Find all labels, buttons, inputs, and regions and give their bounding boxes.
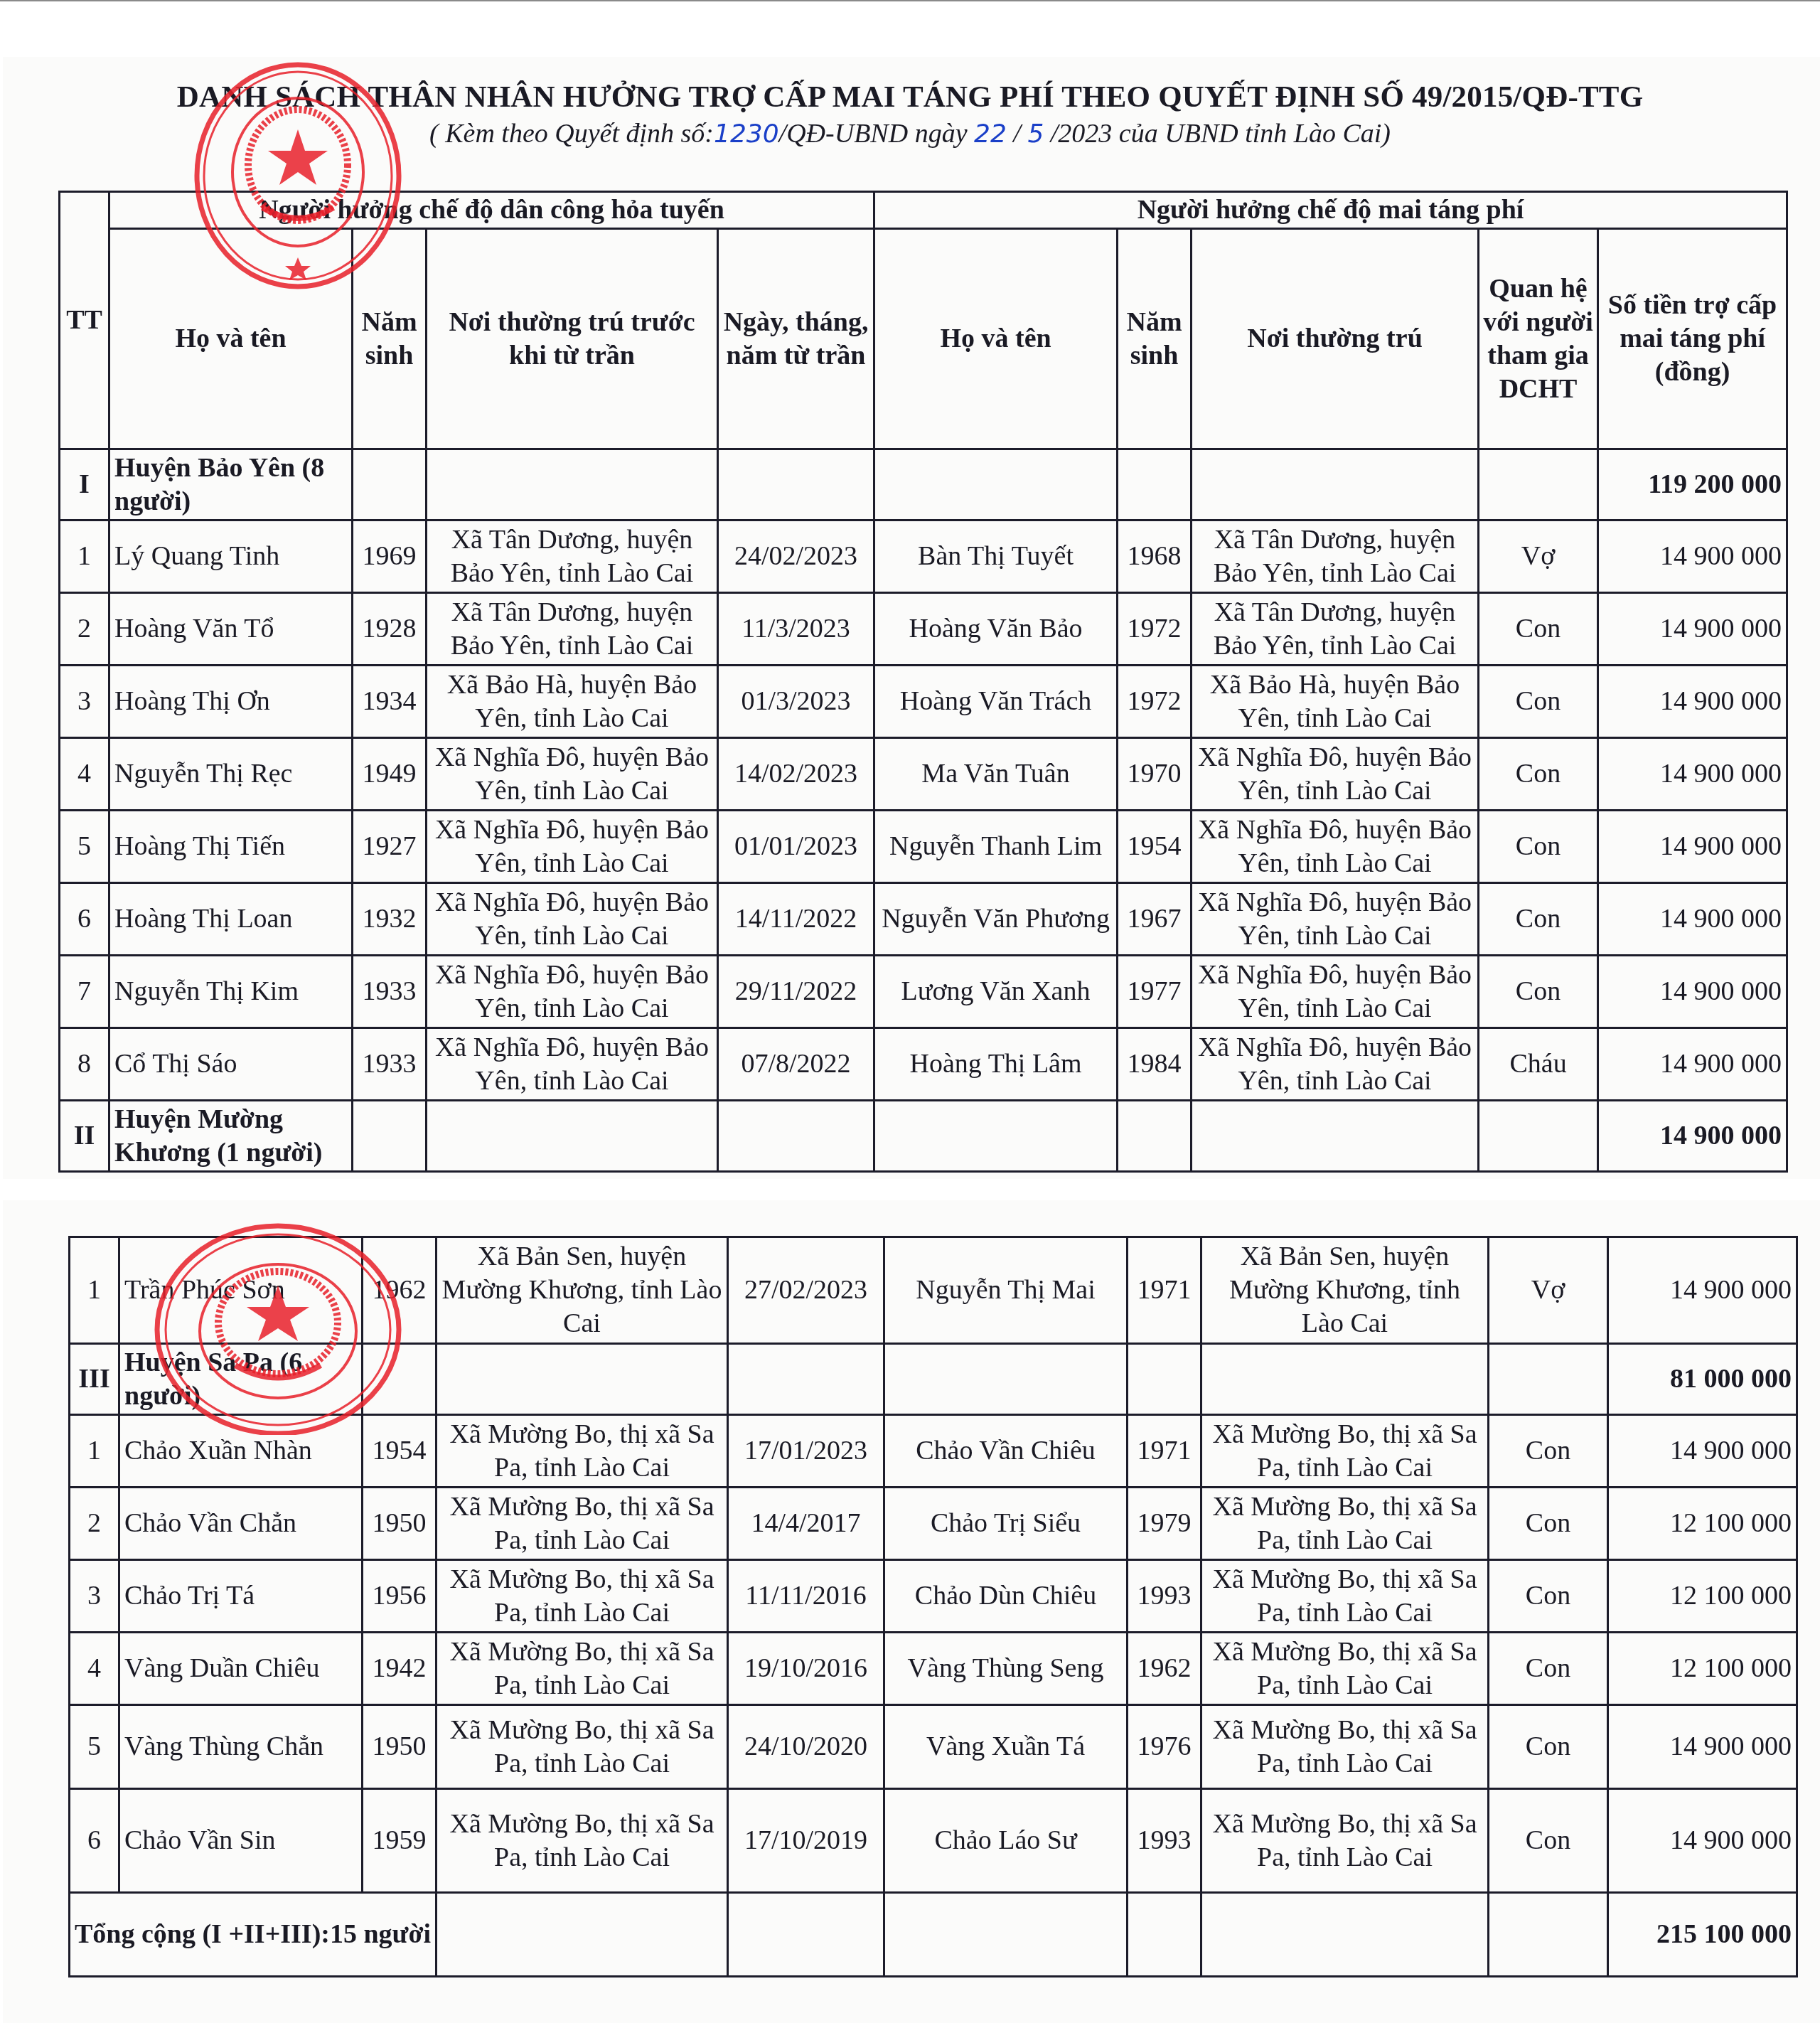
recipient-birth-year: 1972 — [1118, 666, 1192, 738]
deceased-residence: Xã Mường Bo, thị xã Sa Pa, tỉnh Lào Cai — [437, 1488, 728, 1560]
deceased-name: Hoàng Thị Loan — [109, 883, 353, 956]
recipient-birth-year: 1993 — [1128, 1560, 1201, 1633]
table-row: 6Chảo Vần Sin1959Xã Mường Bo, thị xã Sa … — [70, 1789, 1797, 1893]
row-number: 1 — [70, 1415, 119, 1488]
recipient-residence: Xã Nghĩa Đô, huyện Bảo Yên, tỉnh Lào Cai — [1192, 811, 1479, 883]
col-recipient-residence-header: Nơi thường trú — [1192, 229, 1479, 449]
amount: 14 900 000 — [1608, 1705, 1797, 1789]
row-number: 2 — [60, 593, 109, 666]
death-date: 11/3/2023 — [718, 593, 874, 666]
row-number: 1 — [70, 1237, 119, 1344]
recipient-name: Nguyễn Thị Mai — [884, 1237, 1128, 1344]
subtitle-prefix: ( Kèm theo Quyết định số: — [429, 119, 714, 149]
recipient-birth-year: 1993 — [1128, 1789, 1201, 1893]
recipient-residence: Xã Bản Sen, huyện Mường Khương, tỉnh Lào… — [1201, 1237, 1489, 1344]
row-number: 3 — [60, 666, 109, 738]
deceased-name: Chảo Trị Tá — [119, 1560, 363, 1633]
empty-cell — [874, 449, 1118, 521]
amount: 14 900 000 — [1608, 1415, 1797, 1488]
deceased-birth-year: 1934 — [353, 666, 427, 738]
relationship: Vợ — [1479, 521, 1598, 593]
row-number: 1 — [60, 521, 109, 593]
grand-total-amount: 215 100 000 — [1608, 1893, 1797, 1977]
deceased-residence: Xã Tân Dương, huyện Bảo Yên, tỉnh Lào Ca… — [427, 521, 718, 593]
amount: 14 900 000 — [1598, 811, 1787, 883]
empty-cell — [1479, 1101, 1598, 1172]
col-deceased-birth-header: Năm sinh — [353, 229, 427, 449]
table-row: 5Hoàng Thị Tiến1927Xã Nghĩa Đô, huyện Bả… — [60, 811, 1787, 883]
death-date: 07/8/2022 — [718, 1028, 874, 1101]
recipient-residence: Xã Nghĩa Đô, huyện Bảo Yên, tỉnh Lào Cai — [1192, 883, 1479, 956]
section-subtotal: 14 900 000 — [1598, 1101, 1787, 1172]
deceased-name: Chảo Vần Chẳn — [119, 1488, 363, 1560]
recipient-residence: Xã Mường Bo, thị xã Sa Pa, tỉnh Lào Cai — [1201, 1705, 1489, 1789]
deceased-name: Nguyễn Thị Rẹc — [109, 738, 353, 811]
section-name: Huyện Mường Khương (1 người) — [109, 1101, 353, 1172]
death-date: 01/3/2023 — [718, 666, 874, 738]
empty-cell — [728, 1893, 884, 1977]
table-row: 7Nguyễn Thị Kim1933Xã Nghĩa Đô, huyện Bả… — [60, 956, 1787, 1028]
relationship: Con — [1479, 666, 1598, 738]
document-subtitle: ( Kèm theo Quyết định số:1230/QĐ-UBND ng… — [0, 118, 1820, 149]
col-tt-header: TT — [60, 192, 109, 449]
empty-cell — [728, 1344, 884, 1415]
empty-cell — [1489, 1344, 1608, 1415]
recipient-residence: Xã Nghĩa Đô, huyện Bảo Yên, tỉnh Lào Cai — [1192, 738, 1479, 811]
relationship: Con — [1479, 811, 1598, 883]
death-date: 19/10/2016 — [728, 1633, 884, 1705]
recipient-birth-year: 1977 — [1118, 956, 1192, 1028]
empty-cell — [884, 1344, 1128, 1415]
section-number: I — [60, 449, 109, 521]
death-date: 11/11/2016 — [728, 1560, 884, 1633]
deceased-birth-year: 1932 — [353, 883, 427, 956]
empty-cell — [1128, 1344, 1201, 1415]
recipient-name: Bàn Thị Tuyết — [874, 521, 1118, 593]
col-deceased-name-header: Họ và tên — [109, 229, 353, 449]
empty-cell — [1192, 449, 1479, 521]
recipient-birth-year: 1962 — [1128, 1633, 1201, 1705]
decision-month: 5 — [1027, 119, 1044, 149]
deceased-residence: Xã Nghĩa Đô, huyện Bảo Yên, tỉnh Lào Cai — [427, 883, 718, 956]
death-date: 14/02/2023 — [718, 738, 874, 811]
deceased-name: Trần Phúc Sơn — [119, 1237, 363, 1344]
recipient-name: Vàng Xuần Tá — [884, 1705, 1128, 1789]
relationship: Con — [1479, 593, 1598, 666]
deceased-residence: Xã Nghĩa Đô, huyện Bảo Yên, tỉnh Lào Cai — [427, 1028, 718, 1101]
table-row: 1Lý Quang Tinh1969Xã Tân Dương, huyện Bả… — [60, 521, 1787, 593]
empty-cell — [437, 1893, 728, 1977]
month-separator: / — [1007, 119, 1028, 149]
amount: 14 900 000 — [1598, 956, 1787, 1028]
death-date: 29/11/2022 — [718, 956, 874, 1028]
amount: 12 100 000 — [1608, 1560, 1797, 1633]
beneficiary-table-part-1: TT Người hưởng chế độ dân công hỏa tuyến… — [58, 191, 1788, 1173]
row-number: 5 — [70, 1705, 119, 1789]
col-deceased-residence-header: Nơi thường trú trước khi từ trần — [427, 229, 718, 449]
section-row: IIIHuyện Sa Pa (6 người)81 000 000 — [70, 1344, 1797, 1415]
recipient-birth-year: 1972 — [1118, 593, 1192, 666]
empty-cell — [884, 1893, 1128, 1977]
row-number: 4 — [70, 1633, 119, 1705]
deceased-birth-year: 1969 — [353, 521, 427, 593]
recipient-residence: Xã Tân Dương, huyện Bảo Yên, tỉnh Lào Ca… — [1192, 521, 1479, 593]
empty-cell — [1128, 1893, 1201, 1977]
amount: 14 900 000 — [1598, 883, 1787, 956]
empty-cell — [353, 1101, 427, 1172]
table-row: 5Vàng Thùng Chẳn1950Xã Mường Bo, thị xã … — [70, 1705, 1797, 1789]
death-date: 24/10/2020 — [728, 1705, 884, 1789]
deceased-name: Vàng Thùng Chẳn — [119, 1705, 363, 1789]
table-row: 2Hoàng Văn Tổ1928Xã Tân Dương, huyện Bảo… — [60, 593, 1787, 666]
relationship: Con — [1489, 1560, 1608, 1633]
empty-cell — [874, 1101, 1118, 1172]
deceased-birth-year: 1959 — [363, 1789, 437, 1893]
relationship: Vợ — [1489, 1237, 1608, 1344]
amount: 14 900 000 — [1598, 593, 1787, 666]
deceased-birth-year: 1949 — [353, 738, 427, 811]
table-row: 2Chảo Vần Chẳn1950Xã Mường Bo, thị xã Sa… — [70, 1488, 1797, 1560]
empty-cell — [353, 449, 427, 521]
deceased-residence: Xã Nghĩa Đô, huyện Bảo Yên, tỉnh Lào Cai — [427, 956, 718, 1028]
recipient-residence: Xã Mường Bo, thị xã Sa Pa, tỉnh Lào Cai — [1201, 1789, 1489, 1893]
empty-cell — [427, 449, 718, 521]
beneficiary-table-part-2: 1Trần Phúc Sơn1962Xã Bản Sen, huyện Mườn… — [68, 1236, 1798, 1977]
row-number: 4 — [60, 738, 109, 811]
relationship: Con — [1489, 1633, 1608, 1705]
death-date: 14/4/2017 — [728, 1488, 884, 1560]
deceased-group-header: Người hưởng chế độ dân công hỏa tuyến — [109, 192, 874, 229]
deceased-birth-year: 1950 — [363, 1705, 437, 1789]
deceased-residence: Xã Mường Bo, thị xã Sa Pa, tỉnh Lào Cai — [437, 1705, 728, 1789]
recipient-birth-year: 1984 — [1118, 1028, 1192, 1101]
recipient-birth-year: 1976 — [1128, 1705, 1201, 1789]
deceased-name: Vàng Duần Chiêu — [119, 1633, 363, 1705]
recipient-name: Nguyễn Văn Phương — [874, 883, 1118, 956]
relationship: Con — [1479, 883, 1598, 956]
table-row: 6Hoàng Thị Loan1932Xã Nghĩa Đô, huyện Bả… — [60, 883, 1787, 956]
deceased-residence: Xã Mường Bo, thị xã Sa Pa, tỉnh Lào Cai — [437, 1789, 728, 1893]
deceased-birth-year: 1954 — [363, 1415, 437, 1488]
grand-total-row: Tổng cộng (I +II+III):15 người215 100 00… — [70, 1893, 1797, 1977]
deceased-name: Cổ Thị Sáo — [109, 1028, 353, 1101]
subtitle-suffix: /2023 của UBND tỉnh Lào Cai) — [1044, 119, 1391, 149]
recipient-name: Vàng Thùng Seng — [884, 1633, 1128, 1705]
grand-total-label: Tổng cộng (I +II+III):15 người — [70, 1893, 437, 1977]
decision-day: 22 — [974, 119, 1007, 149]
empty-cell — [363, 1344, 437, 1415]
deceased-residence: Xã Bản Sen, huyện Mường Khương, tỉnh Lào… — [437, 1237, 728, 1344]
recipient-residence: Xã Mường Bo, thị xã Sa Pa, tỉnh Lào Cai — [1201, 1415, 1489, 1488]
recipient-residence: Xã Nghĩa Đô, huyện Bảo Yên, tỉnh Lào Cai — [1192, 956, 1479, 1028]
table-row: 3Chảo Trị Tá1956Xã Mường Bo, thị xã Sa P… — [70, 1560, 1797, 1633]
recipient-name: Chảo Dùn Chiêu — [884, 1560, 1128, 1633]
deceased-birth-year: 1927 — [353, 811, 427, 883]
relationship: Con — [1489, 1705, 1608, 1789]
relationship: Con — [1479, 738, 1598, 811]
recipient-residence: Xã Nghĩa Đô, huyện Bảo Yên, tỉnh Lào Cai — [1192, 1028, 1479, 1101]
recipient-birth-year: 1954 — [1118, 811, 1192, 883]
recipient-birth-year: 1967 — [1118, 883, 1192, 956]
document-title: DANH SÁCH THÂN NHÂN HƯỞNG TRỢ CẤP MAI TÁ… — [0, 80, 1820, 114]
col-relationship-header: Quan hệ với người tham gia DCHT — [1479, 229, 1598, 449]
table-row: 8Cổ Thị Sáo1933Xã Nghĩa Đô, huyện Bảo Yê… — [60, 1028, 1787, 1101]
col-recipient-birth-header: Năm sinh — [1118, 229, 1192, 449]
section-name: Huyện Bảo Yên (8 người) — [109, 449, 353, 521]
amount: 12 100 000 — [1608, 1633, 1797, 1705]
deceased-residence: Xã Tân Dương, huyện Bảo Yên, tỉnh Lào Ca… — [427, 593, 718, 666]
empty-cell — [1201, 1893, 1489, 1977]
recipient-name: Nguyễn Thanh Lim — [874, 811, 1118, 883]
empty-cell — [1192, 1101, 1479, 1172]
recipient-name: Chảo Láo Sư — [884, 1789, 1128, 1893]
recipient-residence: Xã Mường Bo, thị xã Sa Pa, tỉnh Lào Cai — [1201, 1560, 1489, 1633]
deceased-residence: Xã Nghĩa Đô, huyện Bảo Yên, tỉnh Lào Cai — [427, 738, 718, 811]
recipient-residence: Xã Tân Dương, huyện Bảo Yên, tỉnh Lào Ca… — [1192, 593, 1479, 666]
amount: 14 900 000 — [1598, 521, 1787, 593]
section-row: IIHuyện Mường Khương (1 người)14 900 000 — [60, 1101, 1787, 1172]
deceased-birth-year: 1933 — [353, 956, 427, 1028]
row-number: 6 — [70, 1789, 119, 1893]
recipient-name: Hoàng Văn Trách — [874, 666, 1118, 738]
table-row: 1Chảo Xuần Nhàn1954Xã Mường Bo, thị xã S… — [70, 1415, 1797, 1488]
empty-cell — [718, 449, 874, 521]
deceased-birth-year: 1928 — [353, 593, 427, 666]
relationship: Con — [1489, 1789, 1608, 1893]
row-number: 5 — [60, 811, 109, 883]
death-date: 01/01/2023 — [718, 811, 874, 883]
amount: 12 100 000 — [1608, 1488, 1797, 1560]
deceased-birth-year: 1956 — [363, 1560, 437, 1633]
recipient-name: Chảo Trị Siểu — [884, 1488, 1128, 1560]
death-date: 14/11/2022 — [718, 883, 874, 956]
row-number: 7 — [60, 956, 109, 1028]
deceased-birth-year: 1942 — [363, 1633, 437, 1705]
top-border — [0, 0, 1820, 1]
empty-cell — [427, 1101, 718, 1172]
col-amount-header: Số tiền trợ cấp mai táng phí (đồng) — [1598, 229, 1787, 449]
deceased-name: Hoàng Văn Tổ — [109, 593, 353, 666]
deceased-birth-year: 1950 — [363, 1488, 437, 1560]
deceased-residence: Xã Mường Bo, thị xã Sa Pa, tỉnh Lào Cai — [437, 1633, 728, 1705]
section-name: Huyện Sa Pa (6 người) — [119, 1344, 363, 1415]
deceased-birth-year: 1933 — [353, 1028, 427, 1101]
decision-number: 1230 — [714, 119, 779, 149]
recipient-name: Ma Văn Tuân — [874, 738, 1118, 811]
relationship: Con — [1479, 956, 1598, 1028]
row-number: 2 — [70, 1488, 119, 1560]
recipient-residence: Xã Mường Bo, thị xã Sa Pa, tỉnh Lào Cai — [1201, 1633, 1489, 1705]
amount: 14 900 000 — [1608, 1237, 1797, 1344]
recipient-name: Lương Văn Xanh — [874, 956, 1118, 1028]
recipient-birth-year: 1970 — [1118, 738, 1192, 811]
section-subtotal: 81 000 000 — [1608, 1344, 1797, 1415]
table-row: 4Vàng Duần Chiêu1942Xã Mường Bo, thị xã … — [70, 1633, 1797, 1705]
recipient-birth-year: 1971 — [1128, 1237, 1201, 1344]
recipient-birth-year: 1968 — [1118, 521, 1192, 593]
death-date: 17/10/2019 — [728, 1789, 884, 1893]
deceased-name: Hoàng Thị Ơn — [109, 666, 353, 738]
deceased-name: Lý Quang Tinh — [109, 521, 353, 593]
col-recipient-name-header: Họ và tên — [874, 229, 1118, 449]
amount: 14 900 000 — [1608, 1789, 1797, 1893]
relationship: Con — [1489, 1488, 1608, 1560]
section-subtotal: 119 200 000 — [1598, 449, 1787, 521]
empty-cell — [437, 1344, 728, 1415]
recipient-name: Chảo Vần Chiêu — [884, 1415, 1128, 1488]
empty-cell — [1479, 449, 1598, 521]
row-number: 8 — [60, 1028, 109, 1101]
table-row: 4Nguyễn Thị Rẹc1949Xã Nghĩa Đô, huyện Bả… — [60, 738, 1787, 811]
deceased-residence: Xã Mường Bo, thị xã Sa Pa, tỉnh Lào Cai — [437, 1415, 728, 1488]
deceased-name: Chảo Vần Sin — [119, 1789, 363, 1893]
recipient-group-header: Người hưởng chế độ mai táng phí — [874, 192, 1787, 229]
recipient-residence: Xã Bảo Hà, huyện Bảo Yên, tỉnh Lào Cai — [1192, 666, 1479, 738]
col-death-date-header: Ngày, tháng, năm từ trần — [718, 229, 874, 449]
deceased-residence: Xã Mường Bo, thị xã Sa Pa, tỉnh Lào Cai — [437, 1560, 728, 1633]
amount: 14 900 000 — [1598, 738, 1787, 811]
empty-cell — [718, 1101, 874, 1172]
deceased-name: Chảo Xuần Nhàn — [119, 1415, 363, 1488]
deceased-birth-year: 1962 — [363, 1237, 437, 1344]
death-date: 27/02/2023 — [728, 1237, 884, 1344]
recipient-birth-year: 1979 — [1128, 1488, 1201, 1560]
table-row: 1Trần Phúc Sơn1962Xã Bản Sen, huyện Mườn… — [70, 1237, 1797, 1344]
deceased-residence: Xã Nghĩa Đô, huyện Bảo Yên, tỉnh Lào Cai — [427, 811, 718, 883]
section-number: II — [60, 1101, 109, 1172]
subtitle-mid: /QĐ-UBND ngày — [779, 119, 968, 149]
table-row: 3Hoàng Thị Ơn1934Xã Bảo Hà, huyện Bảo Yê… — [60, 666, 1787, 738]
recipient-birth-year: 1971 — [1128, 1415, 1201, 1488]
relationship: Cháu — [1479, 1028, 1598, 1101]
recipient-name: Hoàng Thị Lâm — [874, 1028, 1118, 1101]
amount: 14 900 000 — [1598, 1028, 1787, 1101]
deceased-residence: Xã Bảo Hà, huyện Bảo Yên, tỉnh Lào Cai — [427, 666, 718, 738]
amount: 14 900 000 — [1598, 666, 1787, 738]
death-date: 24/02/2023 — [718, 521, 874, 593]
death-date: 17/01/2023 — [728, 1415, 884, 1488]
deceased-name: Nguyễn Thị Kim — [109, 956, 353, 1028]
section-row: IHuyện Bảo Yên (8 người)119 200 000 — [60, 449, 1787, 521]
recipient-residence: Xã Mường Bo, thị xã Sa Pa, tỉnh Lào Cai — [1201, 1488, 1489, 1560]
recipient-name: Hoàng Văn Bảo — [874, 593, 1118, 666]
relationship: Con — [1489, 1415, 1608, 1488]
empty-cell — [1489, 1893, 1608, 1977]
empty-cell — [1118, 1101, 1192, 1172]
row-number: 6 — [60, 883, 109, 956]
deceased-name: Hoàng Thị Tiến — [109, 811, 353, 883]
empty-cell — [1118, 449, 1192, 521]
section-number: III — [70, 1344, 119, 1415]
empty-cell — [1201, 1344, 1489, 1415]
row-number: 3 — [70, 1560, 119, 1633]
